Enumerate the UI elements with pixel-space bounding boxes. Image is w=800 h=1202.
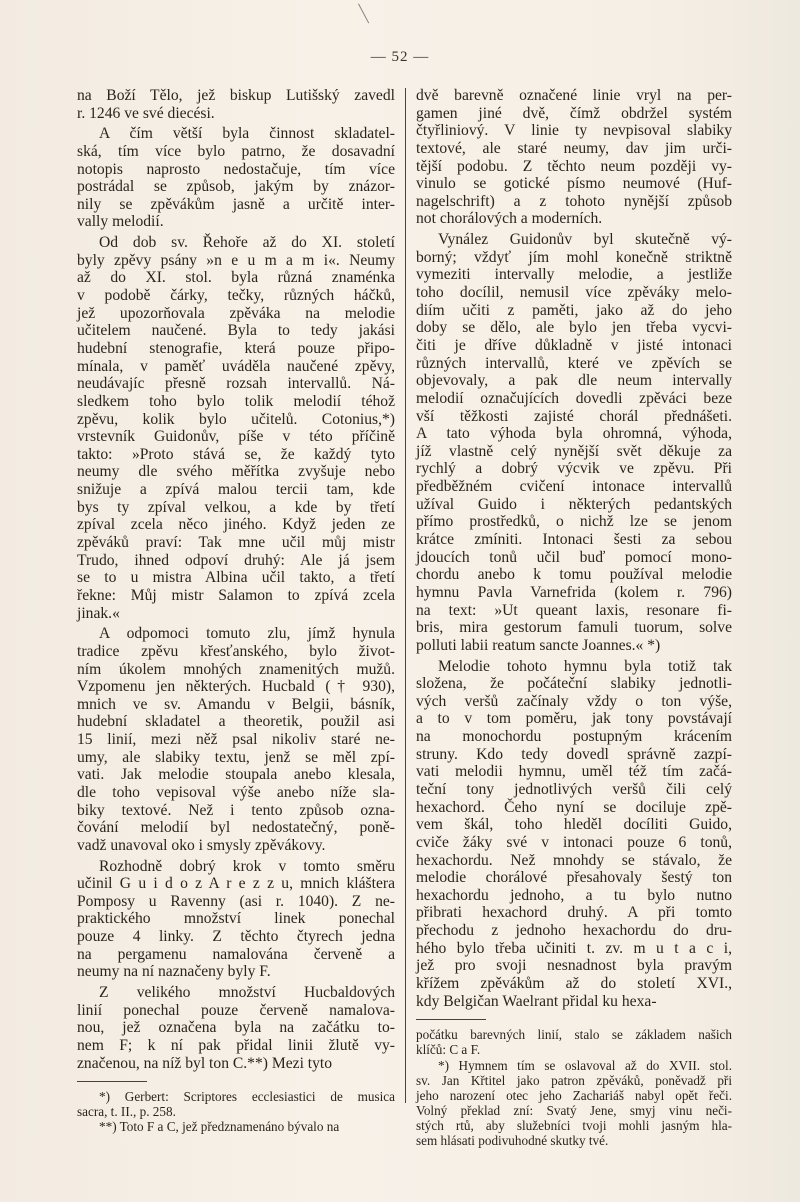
text-line: hexachord. Čeho nyní se dociluje zpě- [416,799,732,817]
text-line: učinil G u i d o z A r e z z u, mnich kl… [77,875,395,893]
text-line: vally melodií. [77,213,395,231]
text-line: Volný překlad zní: Svatý Jene, smyj vinu… [416,1103,732,1118]
text-line: byly zpěvy psány »n e u m a m i«. Neumy [77,252,395,270]
text-line: jdoucích tonů učil buď pomocí mono- [416,549,732,567]
text-line: se to u mistra Albina učil takto, a třet… [77,569,395,587]
text-line: přímo prostředků, o nichž lze se jenom [416,513,732,531]
text-line: značenou, na níž byl ton C.**) Mezi tyto [77,1055,395,1073]
text-line: a to v tom poměru, jak tony povstávají [416,710,732,728]
text-line: zpíval zcela něco jiného. Když jeden ze [77,516,395,534]
text-line: diím učiti z paměti, jako až do jeho [416,302,732,320]
text-line: kdy Belgičan Waelrant přidal ku hexa- [416,993,732,1011]
text-line: melodie chorálové přesahovaly šestý ton [416,869,732,887]
text-line: postrádal se způsob, jakým by znázor- [77,178,395,196]
paragraph: Melodie tohoto hymnu byla totiž takslože… [416,658,732,1011]
text-line: Rozhodně dobrý krok v tomto směru [77,858,395,876]
text-line: nou, jež označena byla na začátku to- [77,1019,395,1037]
paragraph: Vynález Guidonův byl skutečně vý-borný; … [416,231,732,654]
left-column: na Boží Tělo, jež biskup Lutišský zavedl… [77,87,395,1135]
text-line: stých rtů, aby služebníci tvoji mohli ja… [416,1118,732,1133]
text-line: A odpomoci tomuto zlu, jímž hynula [77,625,395,643]
column-divider [405,88,406,1103]
text-line: čování melodií byl nedostatečný, poně- [77,819,395,837]
left-footnotes: *) Gerbert: Scriptores ecclesiastici de … [77,1089,395,1134]
text-line: vati melodii hymnu, uměl též tím začá- [416,763,732,781]
text-line: praktického množství linek ponechal [77,910,395,928]
footnote-rule-left [77,1081,147,1082]
text-line: složena, že počáteční slabiky jednotli- [416,675,732,693]
text-line: vinulo se gotické písmo neumové (Huf- [416,175,732,193]
text-line: jinak.« [77,605,395,623]
text-line: polluti labii reatum sancte Joannes.« *) [416,637,732,655]
text-line: vých veršů začínaly vždy o ton výše, [416,693,732,711]
right-footnotes: počátku barevných linií, stalo se základ… [416,1027,732,1148]
paragraph: **) Toto F a C, jež předznamenáno bývalo… [77,1119,395,1134]
right-column: dvě barevně označené linie vryl na per-g… [416,87,732,1148]
text-line: ním úkolem mnohých znamenitých mužů. [77,661,395,679]
text-line: vymeziti intervally melodie, a jestliže [416,266,732,284]
text-line: 15 linií, mezi něž psal nikoliv staré ne… [77,731,395,749]
text-line: Z velikého množství Hucbaldových [77,984,395,1002]
footnote-rule-right [416,1019,486,1020]
text-line: vrstevník Guidonův, píše v této příčině [77,428,395,446]
text-line: doby se dělo, ale bylo jen třeba vycvi- [416,319,732,337]
text-line: ská, tím více bylo patrno, že dosavadní [77,143,395,161]
text-line: nily se zpěvákům jasně a určitě inter- [77,196,395,214]
text-line: vší těžkosti zajisté chorál přednášeti. [416,408,732,426]
text-line: různých intervallů, které ve zpěvích se [416,355,732,373]
text-line: na text: »Ut queant laxis, resonare fi- [416,602,732,620]
text-line: objevovaly, a pak dle neum intervally [416,372,732,390]
text-line: čiti je dříve důkladně v jisté intonaci [416,337,732,355]
text-line: A čím větší byla činnost skladatel- [77,125,395,143]
text-line: hexachordu. Než mnohdy se stávalo, že [416,852,732,870]
text-line: řekne: Můj mistr Salamon to zpívá zcela [77,587,395,605]
text-line: sledkem toho bylo tolik melodií téhož [77,393,395,411]
text-line: pouze 4 linky. Z těchto čtyrech jedna [77,928,395,946]
text-line: dvě barevně označené linie vryl na per- [416,87,732,105]
text-line: čtyřliniový. V linie ty nevpisoval slabi… [416,122,732,140]
text-line: hého bylo třeba učiniti t. zv. m u t a c… [416,940,732,958]
text-line: Od dob sv. Řehoře až do XI. století [77,234,395,252]
text-line: mínala, v paměť uváděla naučené zpěvy, [77,358,395,376]
text-line: na Boží Tělo, jež biskup Lutišský zavedl [77,87,395,105]
text-line: hudební stenografie, která pouze připo- [77,340,395,358]
text-line: not chorálových a moderních. [416,210,732,228]
text-line: hymnu Pavla Varnefrida (kolem r. 796) [416,584,732,602]
text-line: biky textové. Než i tento způsob ozna- [77,802,395,820]
text-line: textové, ale staré neumy, dav jim urči- [416,140,732,158]
text-line: nem F; k ní pak přidal linii žlutě vy- [77,1037,395,1055]
text-line: vadž unavoval oko i smysly zpěvákovy. [77,837,395,855]
scanned-page: — 52 — na Boží Tělo, jež biskup Lutišský… [0,0,800,1202]
paragraph: Z velikého množství Hucbaldovýchlinií po… [77,984,395,1072]
text-line: takto: »Proto stává se, že každý tyto [77,446,395,464]
text-line: r. 1246 ve své diecési. [77,105,395,123]
text-line: zpěvu, kolik bylo učitelů. Cotonius,*) [77,411,395,429]
text-line: neudávajíc přesně rozsah intervallů. Ná- [77,375,395,393]
text-line: neumy dle svého měřítka zvyšuje nebo [77,463,395,481]
text-line: Trudo, ihned odpoví druhý: Ale já jsem [77,552,395,570]
text-line: tradice zpěvu křesťanského, bylo život- [77,643,395,661]
text-line: teční tony jednotlivých veršů čili celý [416,781,732,799]
text-line: vati. Jak melodie stoupala anebo klesala… [77,766,395,784]
text-line: *) Gerbert: Scriptores ecclesiastici de … [77,1089,395,1104]
text-line: jež pro svoji nesnadnost byla pravým [416,957,732,975]
scan-artifact-mark [358,0,382,23]
text-line: chordu anebo k tomu používal melodie [416,566,732,584]
paragraph: A čím větší byla činnost skladatel-ská, … [77,125,395,231]
text-line: toho docílil, nemusil více zpěváky melo- [416,284,732,302]
text-line: gamen jiné dvě, čímž obdržel systém [416,105,732,123]
text-line: na pergamenu namalována červeně a [77,946,395,964]
text-line: dle toho vepisoval výše anebo níže sla- [77,784,395,802]
text-line: snižuje a zpívá malou tercii tam, kde [77,481,395,499]
text-line: struny. Kdo tedy dovedl správně zazpí- [416,746,732,764]
paragraph: Rozhodně dobrý krok v tomto směruučinil … [77,858,395,981]
text-line: předběžném cvičení intonace intervallů [416,478,732,496]
text-line: notopis naprosto nedostačuje, tím více [77,161,395,179]
paragraph: *) Hymnem tím se oslavoval až do XVII. s… [416,1058,732,1149]
paragraph: A odpomoci tomuto zlu, jímž hynulatradic… [77,625,395,854]
page-number: — 52 — [0,49,800,66]
text-line: A tato výhoda byla ohromná, výhoda, [416,425,732,443]
text-line: jeho narození otec jeho Zachariáš nabyl … [416,1088,732,1103]
text-line: sv. Jan Křtitel jako patron zpěváků, pon… [416,1073,732,1088]
text-line: krátce zmíniti. Intonaci šesti za sebou [416,531,732,549]
right-body: dvě barevně označené linie vryl na per-g… [416,87,732,1010]
text-line: Melodie tohoto hymnu byla totiž tak [416,658,732,676]
text-line: vem škál, toho hleděl docíliti Guido, [416,816,732,834]
text-line: až do XI. stol. byla různá znaménka [77,269,395,287]
text-line: sacra, t. II., p. 258. [77,1104,395,1119]
text-line: sem hlásati podivuhodné skutky tvé. [416,1133,732,1148]
text-line: Vynález Guidonův byl skutečně vý- [416,231,732,249]
text-line: jíž vlastně celý nynější svět děkuje za [416,443,732,461]
text-line: borný; vždyť jím mohl konečně striktně [416,249,732,267]
text-line: cviče žáky své v intonaci pouze 6 tonů, [416,834,732,852]
text-line: klíčů: C a F. [416,1042,732,1057]
text-line: **) Toto F a C, jež předznamenáno bývalo… [77,1119,395,1134]
text-line: přechodu z jednoho hexachordu do dru- [416,922,732,940]
text-line: Pomposy u Ravenny (asi r. 1040). Z ne- [77,893,395,911]
text-line: mnich ve sv. Amandu v Belgii, básník, [77,696,395,714]
text-line: učitelem naučené. Byla to tedy jakási [77,322,395,340]
paragraph: na Boží Tělo, jež biskup Lutišský zavedl… [77,87,395,122]
text-line: *) Hymnem tím se oslavoval až do XVII. s… [416,1058,732,1073]
text-line: umy, ale slabiky textu, jenž se měl zpí- [77,749,395,767]
text-line: bris, mira gestorum famuli tuorum, solve [416,619,732,637]
text-line: neumy na ní naznačeny byly F. [77,963,395,981]
paragraph: *) Gerbert: Scriptores ecclesiastici de … [77,1089,395,1119]
text-line: počátku barevných linií, stalo se základ… [416,1027,732,1042]
text-line: melodií označujících dovedli zpěváci bez… [416,390,732,408]
left-body: na Boží Tělo, jež biskup Lutišský zavedl… [77,87,395,1072]
paragraph: dvě barevně označené linie vryl na per-g… [416,87,732,228]
text-line: nagelschrift) a z tohoto nynější způsob [416,193,732,211]
text-line: linií ponechal pouze červeně namalova- [77,1002,395,1020]
text-line: Vzpomenu jen některých. Hucbald († 930), [77,678,395,696]
text-line: přibrati hexachord druhý. A při tomto [416,904,732,922]
text-line: užíval Guido i některých pedantských [416,496,732,514]
text-line: na monochordu postupným krácením [416,728,732,746]
text-line: rychlý a dobrý výcvik ve zpěvu. Při [416,460,732,478]
text-line: bys ty zpíval velkou, a kde by třetí [77,499,395,517]
text-line: křížem zpěvákům až do století XVI., [416,975,732,993]
text-line: zpěváků praví: Tak mne učil můj mistr [77,534,395,552]
paragraph: počátku barevných linií, stalo se základ… [416,1027,732,1057]
text-line: jež upozorňovala zpěváka na melodie [77,305,395,323]
text-line: tější podobu. Z těchto neum později vy- [416,158,732,176]
text-line: hudební skladatel a theoretik, použil as… [77,713,395,731]
paragraph: Od dob sv. Řehoře až do XI. stoletíbyly … [77,234,395,622]
text-line: hexachordu jednoho, a tu bylo nutno [416,887,732,905]
text-line: v podobě čárky, tečky, různých háčků, [77,287,395,305]
